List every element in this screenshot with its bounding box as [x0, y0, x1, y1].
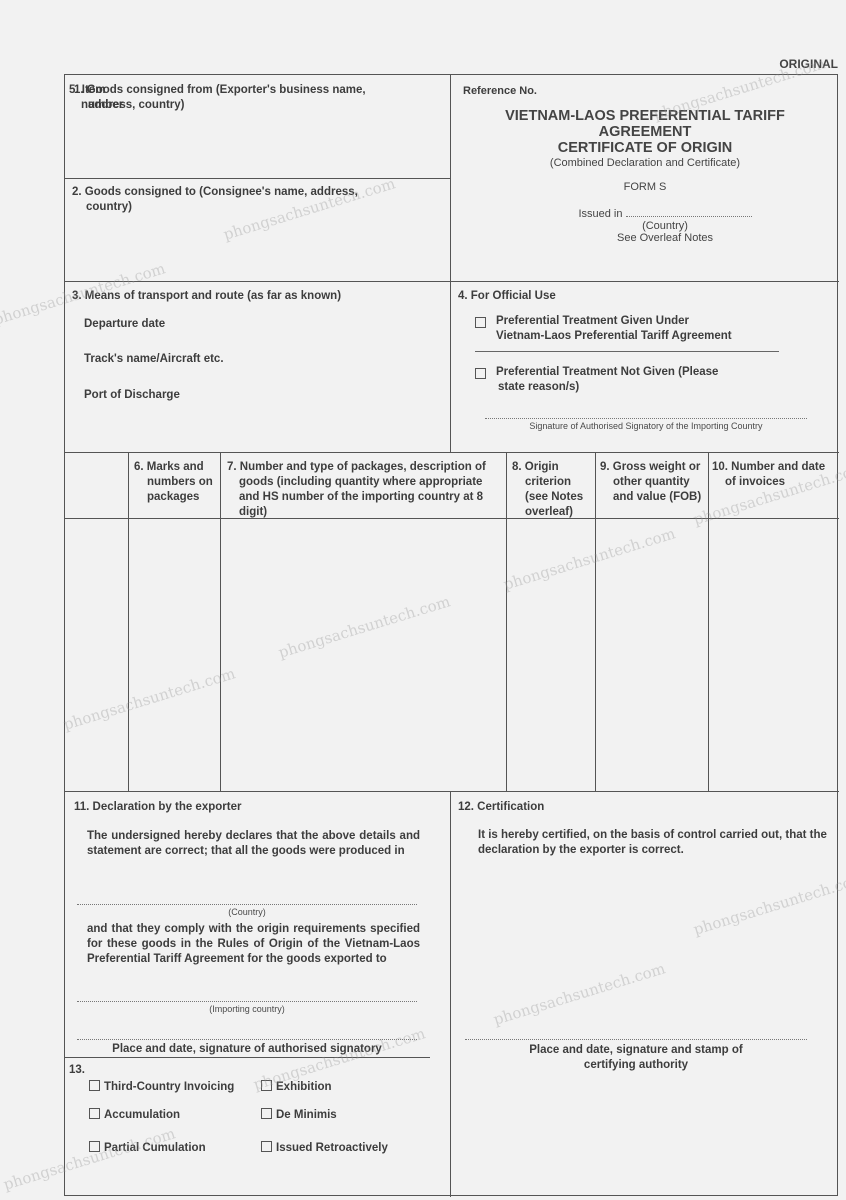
option-partial-cumulation[interactable]: Partial Cumulation [89, 1141, 206, 1156]
caption-line: Place and date, signature and stamp of [465, 1043, 807, 1058]
see-overleaf-notes: See Overleaf Notes [491, 232, 839, 244]
box11-exporter-declaration: 11. Declaration by the exporter The unde… [65, 791, 450, 1057]
option-label: Vietnam-Laos Preferential Tariff Agreeme… [496, 329, 775, 344]
signature-line[interactable] [485, 418, 807, 419]
col-label: digit) [227, 505, 507, 520]
goods-entry-area[interactable] [65, 519, 839, 791]
col-label: number [69, 98, 123, 113]
col-label: 8. Origin [512, 460, 583, 475]
box11-title: 11. Declaration by the exporter [74, 800, 241, 815]
checkbox[interactable] [475, 317, 486, 328]
col-label: and value (FOB) [600, 490, 701, 505]
issued-in-country-caption: (Country) [491, 220, 839, 232]
checkbox[interactable] [261, 1080, 272, 1091]
certificate-title: VIETNAM-LAOS PREFERENTIAL TARIFF [451, 108, 839, 124]
authority-signature-field[interactable] [465, 1039, 807, 1040]
certificate-of-origin-form: 1. Goods consigned from (Exporter's busi… [64, 74, 838, 1196]
reference-no-label: Reference No. [463, 84, 537, 99]
box2-title: 2. Goods consigned to (Consignee's name,… [72, 186, 358, 198]
option-label: Issued Retroactively [276, 1142, 388, 1154]
col-description: 7. Number and type of packages, descript… [227, 460, 507, 520]
option-label: Preferential Treatment Not Given (Please [496, 365, 775, 380]
box3-transport: 3. Means of transport and route (as far … [65, 281, 450, 452]
col-label: goods (including quantity where appropri… [227, 475, 507, 490]
col-label: 5. Item [69, 83, 123, 98]
checkbox[interactable] [261, 1108, 272, 1119]
option-label: De Minimis [276, 1109, 337, 1121]
box4-title: 4. For Official Use [458, 289, 556, 304]
col-label: 9. Gross weight or [600, 460, 701, 475]
col-label: criterion [512, 475, 583, 490]
option-label: Preferential Treatment Given Under [496, 314, 775, 329]
box12-certification: 12. Certification It is hereby certified… [451, 791, 839, 1197]
box12-title: 12. Certification [458, 800, 544, 815]
col-label: packages [134, 490, 213, 505]
option-label: Exhibition [276, 1081, 332, 1093]
certification-text: It is hereby certified, on the basis of … [478, 828, 828, 858]
issued-in-field[interactable] [626, 206, 752, 217]
reference-block: Reference No. VIETNAM-LAOS PREFERENTIAL … [451, 75, 839, 281]
authority-signature-caption: Place and date, signature and stamp of c… [465, 1043, 807, 1073]
col-label: numbers on [134, 475, 213, 490]
box2-title-cont: country) [72, 200, 442, 215]
option-third-country-invoicing[interactable]: Third-Country Invoicing [89, 1080, 234, 1095]
col-gross-weight: 9. Gross weight or other quantity and va… [600, 460, 701, 505]
box13-options: 13. Third-Country Invoicing Exhibition A… [65, 1057, 450, 1197]
certificate-title: AGREEMENT [451, 124, 839, 140]
certificate-title: CERTIFICATE OF ORIGIN [451, 140, 839, 156]
box4-official-use: 4. For Official Use Preferential Treatme… [451, 281, 839, 452]
exporter-signature-caption: Place and date, signature of authorised … [77, 1042, 417, 1057]
col-label: of invoices [712, 475, 825, 490]
option-label: Accumulation [104, 1109, 180, 1121]
checkbox[interactable] [89, 1141, 100, 1152]
departure-date-label: Departure date [84, 317, 165, 332]
checkbox[interactable] [475, 368, 486, 379]
col-label: (see Notes [512, 490, 583, 505]
divider [65, 452, 839, 453]
col-label: 6. Marks and [134, 460, 213, 475]
divider [65, 178, 450, 179]
option-label: state reason/s) [496, 380, 775, 395]
box1-title-cont: address, country) [74, 98, 444, 113]
col-label: other quantity [600, 475, 701, 490]
box13-title: 13. [69, 1063, 85, 1078]
origin-country-field[interactable] [77, 904, 417, 905]
col-invoices: 10. Number and date of invoices [712, 460, 825, 490]
checkbox[interactable] [89, 1080, 100, 1091]
issued-in-label: Issued in [578, 208, 622, 220]
form-name: FORM S [451, 181, 839, 193]
box1-exporter: 1. Goods consigned from (Exporter's busi… [74, 83, 444, 113]
option-de-minimis[interactable]: De Minimis [261, 1108, 337, 1123]
option-issued-retroactively[interactable]: Issued Retroactively [261, 1141, 388, 1156]
option-exhibition[interactable]: Exhibition [261, 1080, 332, 1095]
col-label: 7. Number and type of packages, descript… [227, 460, 507, 475]
col-label: overleaf) [512, 505, 583, 520]
importing-country-field[interactable] [77, 1001, 417, 1002]
option-accumulation[interactable]: Accumulation [89, 1108, 180, 1123]
compliance-text: and that they comply with the origin req… [87, 922, 420, 967]
exporter-signature-field[interactable] [77, 1039, 417, 1040]
divider [475, 351, 779, 352]
option-label: Partial Cumulation [104, 1142, 206, 1154]
checkbox[interactable] [89, 1108, 100, 1119]
option-preferential-given[interactable]: Preferential Treatment Given Under Vietn… [475, 314, 775, 344]
copy-label: ORIGINAL [779, 57, 838, 71]
issued-in-row: Issued in [491, 206, 839, 220]
box2-consignee: 2. Goods consigned to (Consignee's name,… [72, 185, 442, 215]
importing-country-caption: (Importing country) [77, 1004, 417, 1014]
vehicle-name-label: Track's name/Aircraft etc. [84, 352, 224, 367]
col-origin-criterion: 8. Origin criterion (see Notes overleaf) [512, 460, 583, 520]
caption-line: certifying authority [465, 1058, 807, 1073]
option-preferential-not-given[interactable]: Preferential Treatment Not Given (Please… [475, 365, 775, 395]
port-of-discharge-label: Port of Discharge [84, 388, 180, 403]
certificate-subtitle: (Combined Declaration and Certificate) [451, 157, 839, 169]
box3-title: 3. Means of transport and route (as far … [72, 289, 341, 304]
col-label: and HS number of the importing country a… [227, 490, 507, 505]
declaration-text: The undersigned hereby declares that the… [87, 829, 420, 859]
option-label: Third-Country Invoicing [104, 1081, 234, 1093]
col-marks-numbers: 6. Marks and numbers on packages [134, 460, 213, 505]
checkbox[interactable] [261, 1141, 272, 1152]
col-label: 10. Number and date [712, 460, 825, 475]
col-item-number: 5. Item number [69, 83, 123, 113]
importing-signatory-caption: Signature of Authorised Signatory of the… [485, 421, 807, 431]
origin-country-caption: (Country) [77, 907, 417, 917]
